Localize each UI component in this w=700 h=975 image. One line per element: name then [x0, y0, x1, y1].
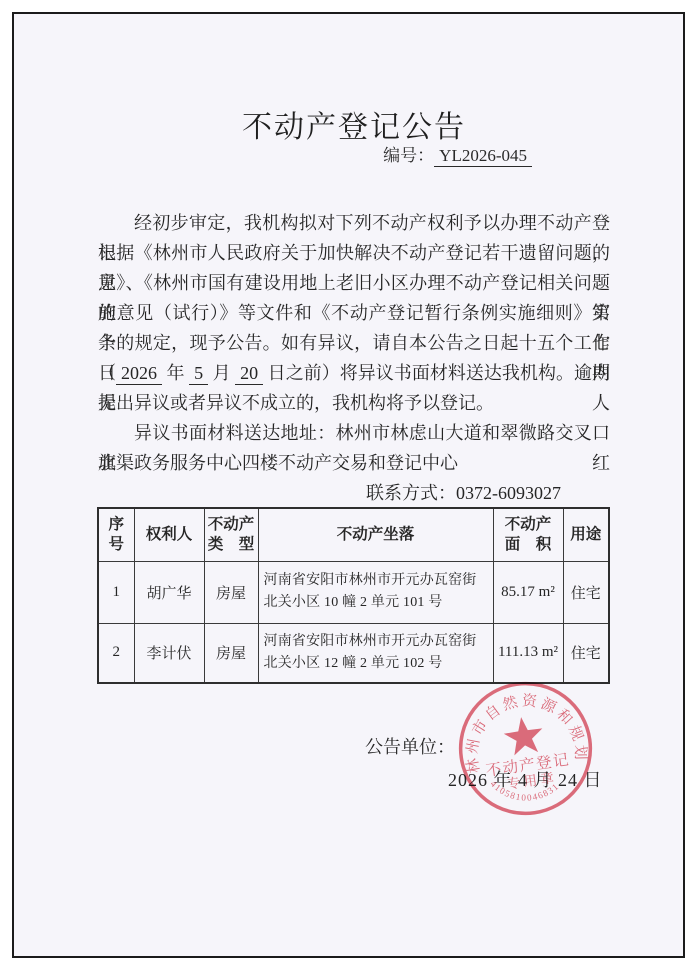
body-line: 异议书面材料送达地址：林州市林虑山大道和翠微路交叉口北红 [98, 418, 610, 448]
doc-number-label: 编号： [383, 146, 434, 165]
cell-type: 房屋 [204, 623, 258, 683]
body-line: 施意见（试行）》等文件和《不动产登记暂行条例实施细则》第十七 [98, 298, 610, 328]
header-type: 不动产类 型 [204, 508, 258, 561]
cell-holder: 胡广华 [134, 561, 204, 623]
body-line: 根据《林州市人民政府关于加快解决不动产登记若干遗留问题的意 [98, 238, 610, 268]
header-area-line1: 不动产 [497, 515, 560, 535]
announcing-unit-label: 公告单位： [365, 733, 455, 759]
announcement-table: 序号 权利人 不动产类 型 不动产坐落 不动产面 积 用途 1 胡广华 房屋 河… [97, 507, 610, 684]
body-line: 经初步审定，我机构拟对下列不动产权利予以办理不动产登记， [98, 208, 610, 238]
header-seq: 序号 [98, 508, 134, 561]
cell-type: 房屋 [204, 561, 258, 623]
announcement-body: 经初步审定，我机构拟对下列不动产权利予以办理不动产登记， 根据《林州市人民政府关… [98, 208, 610, 508]
body-line-deadline: （2026 年 5 月 20 日之前）将异议书面材料送达我机构。逾期无人 [98, 358, 610, 388]
contact-phone: 0372-6093027 [456, 483, 561, 503]
deadline-open-paren: （ [98, 363, 116, 383]
cell-holder: 李计伏 [134, 623, 204, 683]
header-area: 不动产面 积 [493, 508, 563, 561]
header-location: 不动产坐落 [258, 508, 493, 561]
cell-location: 河南省安阳市林州市开元办瓦窑街北关小区 12 幢 2 单元 102 号 [258, 623, 493, 683]
table-row: 1 胡广华 房屋 河南省安阳市林州市开元办瓦窑街北关小区 10 幢 2 单元 1… [98, 561, 609, 623]
header-type-line2: 类 型 [208, 535, 255, 555]
deadline-year-unit: 年 [162, 363, 189, 383]
header-type-line1: 不动产 [208, 515, 255, 535]
cell-seq: 2 [98, 623, 134, 683]
table-header-row: 序号 权利人 不动产类 型 不动产坐落 不动产面 积 用途 [98, 508, 609, 561]
doc-number-line: 编号：YL2026-045 [98, 141, 532, 166]
deadline-day: 20 [235, 363, 263, 385]
header-use: 用途 [563, 508, 609, 561]
cell-seq: 1 [98, 561, 134, 623]
deadline-year: 2026 [116, 363, 162, 385]
contact-label: 联系方式： [366, 483, 456, 503]
body-line: 条的规定，现予公告。如有异议，请自本公告之日起十五个工作日内 [98, 328, 610, 358]
deadline-month: 5 [189, 363, 208, 385]
deadline-month-unit: 月 [208, 363, 235, 383]
cell-use: 住宅 [563, 561, 609, 623]
contact-line: 联系方式：0372-6093027 [98, 478, 610, 508]
header-area-line2: 面 积 [497, 535, 560, 555]
cell-area: 85.17 m² [493, 561, 563, 623]
seal-star-icon [502, 714, 546, 756]
page-title: 不动产登记公告 [98, 102, 610, 146]
header-holder: 权利人 [134, 508, 204, 561]
official-seal: 林州市自然资源和规划局 不动产登记 专用章 4105810046831 [446, 669, 605, 828]
document-page: 不动产登记公告 编号：YL2026-045 经初步审定，我机构拟对下列不动产权利… [12, 12, 685, 958]
body-line: 见》、《林州市国有建设用地上老旧小区办理不动产登记相关问题的实 [98, 268, 610, 298]
cell-location: 河南省安阳市林州市开元办瓦窑街北关小区 10 幢 2 单元 101 号 [258, 561, 493, 623]
table-row: 2 李计伏 房屋 河南省安阳市林州市开元办瓦窑街北关小区 12 幢 2 单元 1… [98, 623, 609, 683]
doc-number-value: YL2026-045 [434, 146, 532, 167]
